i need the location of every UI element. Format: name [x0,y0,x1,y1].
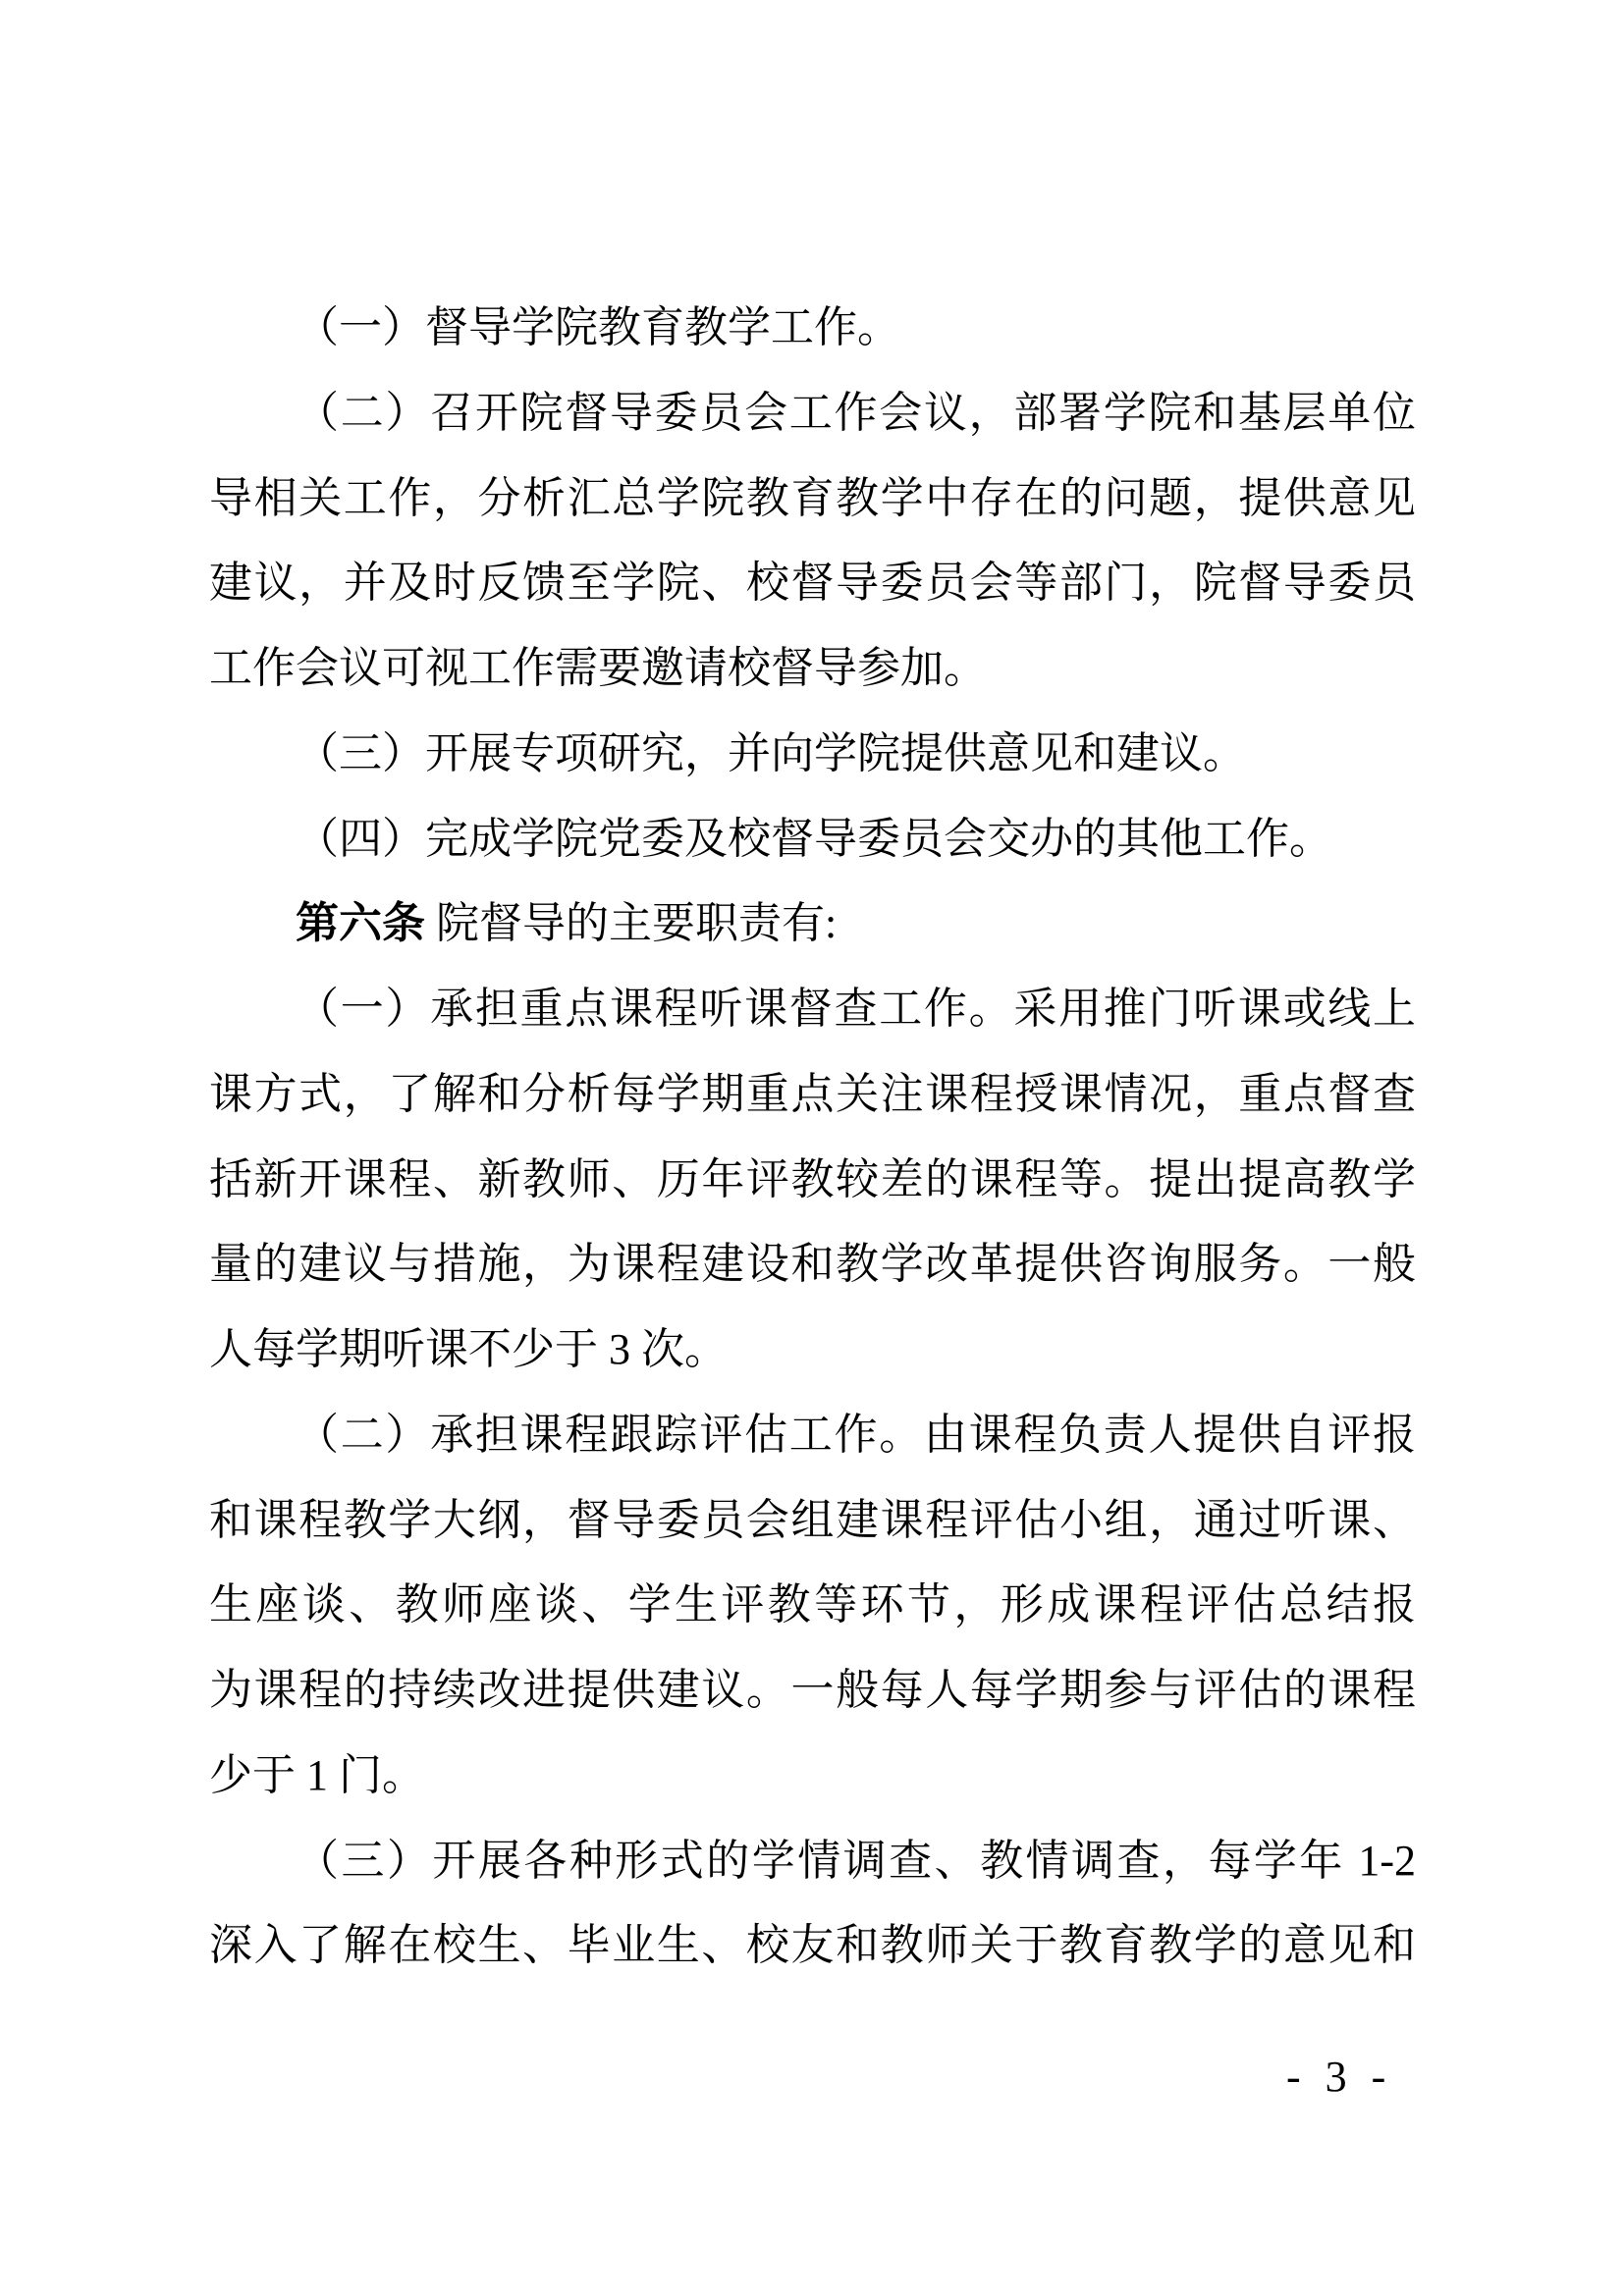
article-heading-line: 第六条 院督导的主要职责有: [209,881,1416,967]
article-heading-text: 院督导的主要职责有: [425,899,837,947]
text-line: （一）承担重点课程听课督查工作。采用推门听课或线上听 [209,967,1416,1052]
document-page: （一）督导学院教育教学工作。（二）召开院督导委员会工作会议，部署学院和基层单位督… [0,0,1624,2296]
text-block: （一）督导学院教育教学工作。（二）召开院督导委员会工作会议，部署学院和基层单位督… [209,286,1416,1989]
text-line: 和课程教学大纲，督导委员会组建课程评估小组，通过听课、学 [209,1478,1416,1564]
text-line: （二）承担课程跟踪评估工作。由课程负责人提供自评报告 [209,1393,1416,1478]
text-line: 建议，并及时反馈至学院、校督导委员会等部门，院督导委员会 [209,541,1416,626]
text-line: （一）督导学院教育教学工作。 [209,286,1416,371]
text-line: 人每学期听课不少于 3 次。 [209,1308,1416,1393]
text-line: 工作会议可视工作需要邀请校督导参加。 [209,626,1416,712]
text-line: 括新开课程、新教师、历年评教较差的课程等。提出提高教学质 [209,1138,1416,1223]
text-line: （三）开展专项研究，并向学院提供意见和建议。 [209,712,1416,797]
text-line: （四）完成学院党委及校督导委员会交办的其他工作。 [209,797,1416,882]
text-line: 导相关工作，分析汇总学院教育教学中存在的问题，提供意见及 [209,456,1416,542]
text-line: 量的建议与措施，为课程建设和教学改革提供咨询服务。一般每 [209,1222,1416,1308]
text-line: 课方式，了解和分析每学期重点关注课程授课情况，重点督查包 [209,1052,1416,1138]
text-line: 深入了解在校生、毕业生、校友和教师关于教育教学的意见和建 [209,1903,1416,1989]
article-number-bold: 第六条 [296,899,425,947]
text-line: 少于 1 门。 [209,1734,1416,1819]
text-line: 生座谈、教师座谈、学生评教等环节，形成课程评估总结报告， [209,1563,1416,1648]
text-line: （二）召开院督导委员会工作会议，部署学院和基层单位督 [209,371,1416,456]
page-number: - 3 - [1286,2053,1392,2102]
text-line: （三）开展各种形式的学情调查、教情调查，每学年 1-2 次， [209,1819,1416,1904]
text-line: 为课程的持续改进提供建议。一般每人每学期参与评估的课程不 [209,1648,1416,1734]
